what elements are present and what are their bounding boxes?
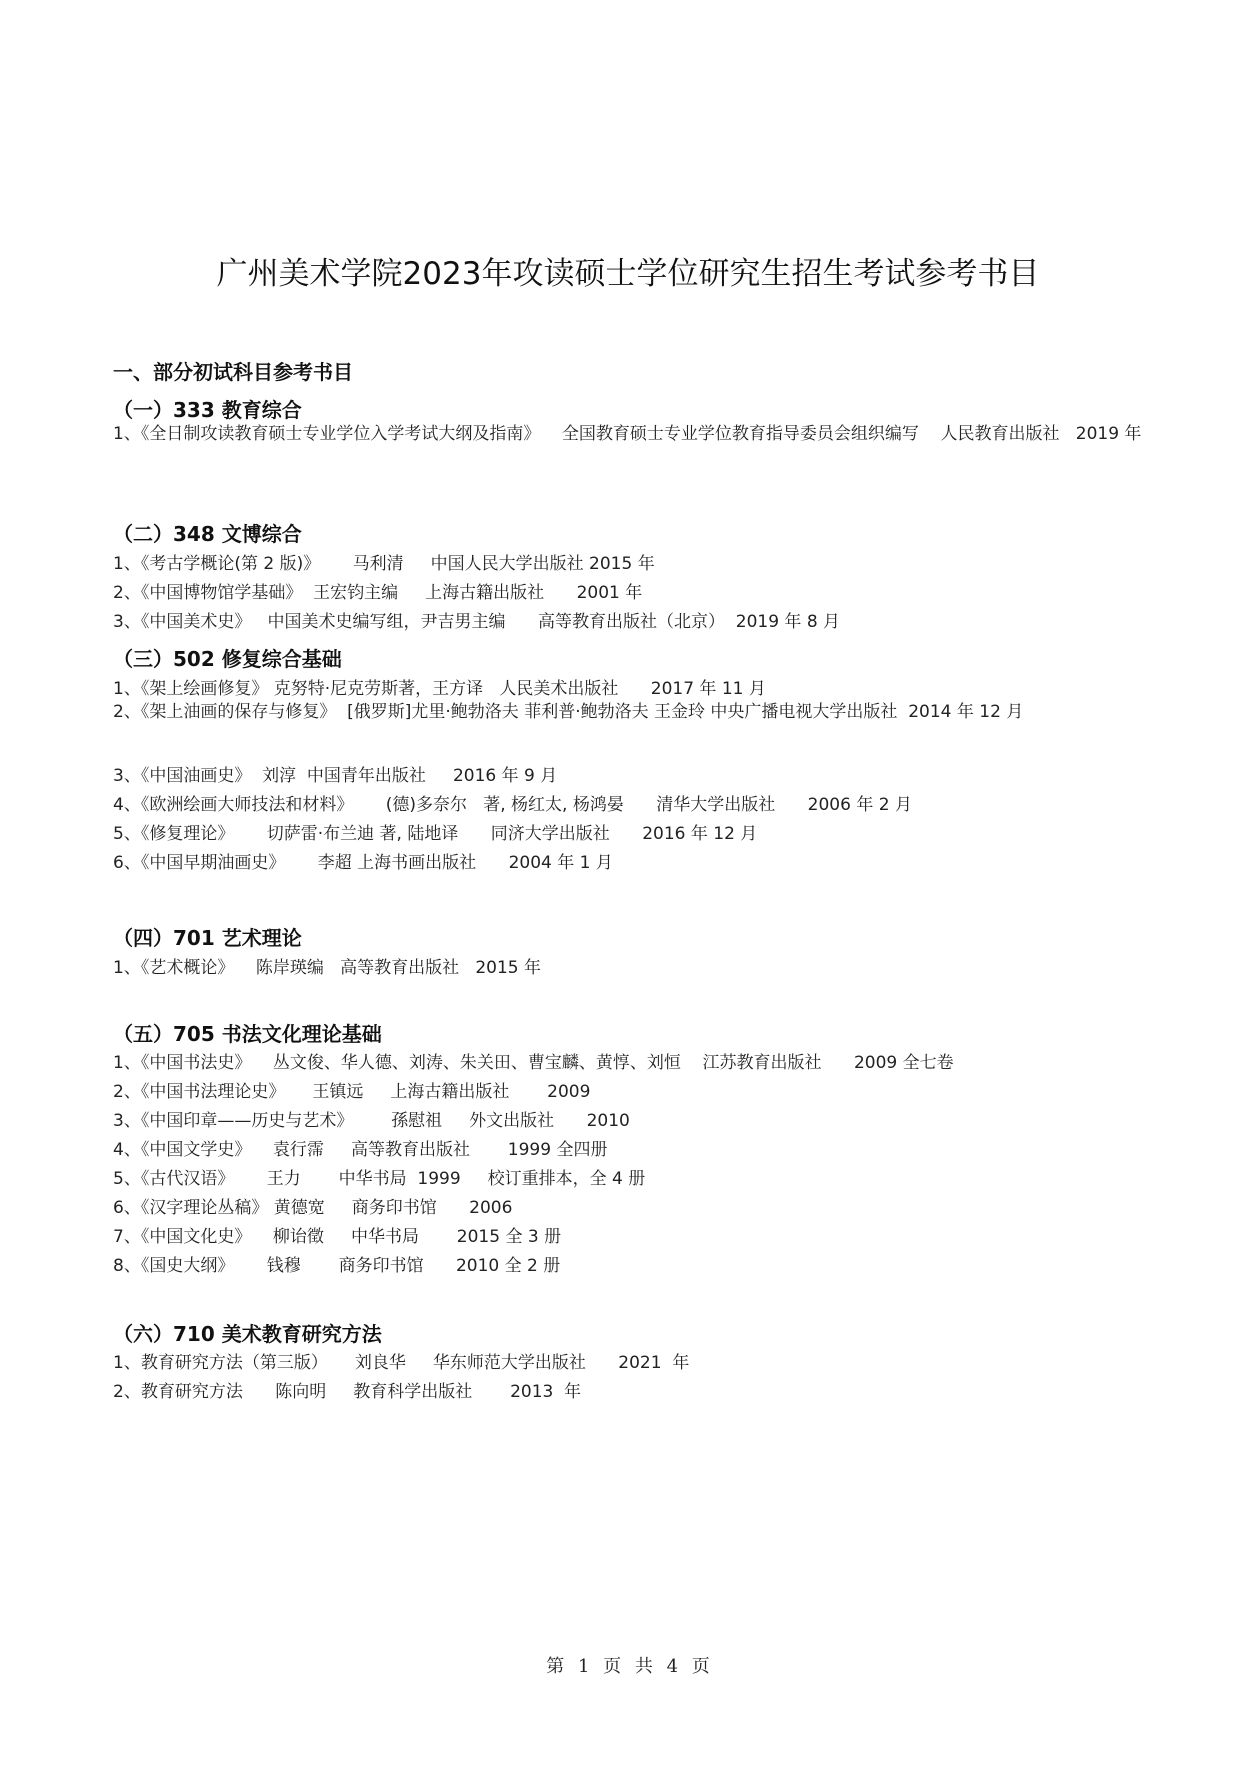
book-item: 5、《修复理论》 切萨雷·布兰迪 著, 陆地译 同济大学出版社 2016 年 1… <box>113 819 757 844</box>
book-item: 1、《全日制攻读教育硕士专业学位入学考试大纲及指南》 全国教育硕士专业学位教育指… <box>113 418 1143 451</box>
book-item: 3、《中国油画史》 刘淳 中国青年出版社 2016 年 9 月 <box>113 761 557 786</box>
section-heading-348: （二）348 文博综合 <box>113 518 302 547</box>
part-heading: 一、部分初试科目参考书目 <box>113 356 353 385</box>
book-item: 4、《欧洲绘画大师技法和材料》 (德)多奈尔 著, 杨红太, 杨鸿晏 清华大学出… <box>113 790 912 815</box>
book-item: 8、《国史大纲》 钱穆 商务印书馆 2010 全 2 册 <box>113 1251 560 1276</box>
book-item: 1、《中国书法史》 丛文俊、华人德、刘涛、朱关田、曹宝麟、黄惇、刘恒 江苏教育出… <box>113 1048 954 1073</box>
book-item: 3、《中国印章——历史与艺术》 孫慰祖 外文出版社 2010 <box>113 1106 630 1131</box>
book-item: 2、《中国书法理论史》 王镇远 上海古籍出版社 2009 <box>113 1077 590 1102</box>
book-item: 6、《汉字理论丛稿》 黄德宽 商务印书馆 2006 <box>113 1193 512 1218</box>
book-item: 2、《中国博物馆学基础》 王宏钧主编 上海古籍出版社 2001 年 <box>113 578 642 603</box>
book-item: 6、《中国早期油画史》 李超 上海书画出版社 2004 年 1 月 <box>113 848 613 873</box>
book-item: 1、《考古学概论(第 2 版)》 马利清 中国人民大学出版社 2015 年 <box>113 549 655 574</box>
book-item: 2、教育研究方法 陈向明 教育科学出版社 2013 年 <box>113 1377 581 1402</box>
section-heading-701: （四）701 艺术理论 <box>113 922 302 951</box>
book-item: 7、《中国文化史》 柳诒徵 中华书局 2015 全 3 册 <box>113 1222 561 1247</box>
book-item: 3、《中国美术史》 中国美术史编写组，尹吉男主编 高等教育出版社（北京） 201… <box>113 607 840 632</box>
page-number-footer: 第 1 页 共 4 页 <box>0 1652 1256 1678</box>
section-heading-710: （六）710 美术教育研究方法 <box>113 1318 382 1347</box>
page-title: 广州美术学院2023年攻读硕士学位研究生招生考试参考书目 <box>0 248 1256 293</box>
section-heading-502: （三）502 修复综合基础 <box>113 643 342 672</box>
book-item: 2、《架上油画的保存与修复》 [俄罗斯]尤里·鲍勃洛夫 菲利普·鲍勃洛夫 王金玲… <box>113 696 1143 729</box>
section-heading-705: （五）705 书法文化理论基础 <box>113 1018 382 1047</box>
book-item: 4、《中国文学史》 袁行霈 高等教育出版社 1999 全四册 <box>113 1135 607 1160</box>
book-item: 5、《古代汉语》 王力 中华书局 1999 校订重排本，全 4 册 <box>113 1164 645 1189</box>
book-item: 1、《艺术概论》 陈岸瑛编 高等教育出版社 2015 年 <box>113 953 541 978</box>
book-item: 1、教育研究方法（第三版） 刘良华 华东师范大学出版社 2021 年 <box>113 1348 689 1373</box>
